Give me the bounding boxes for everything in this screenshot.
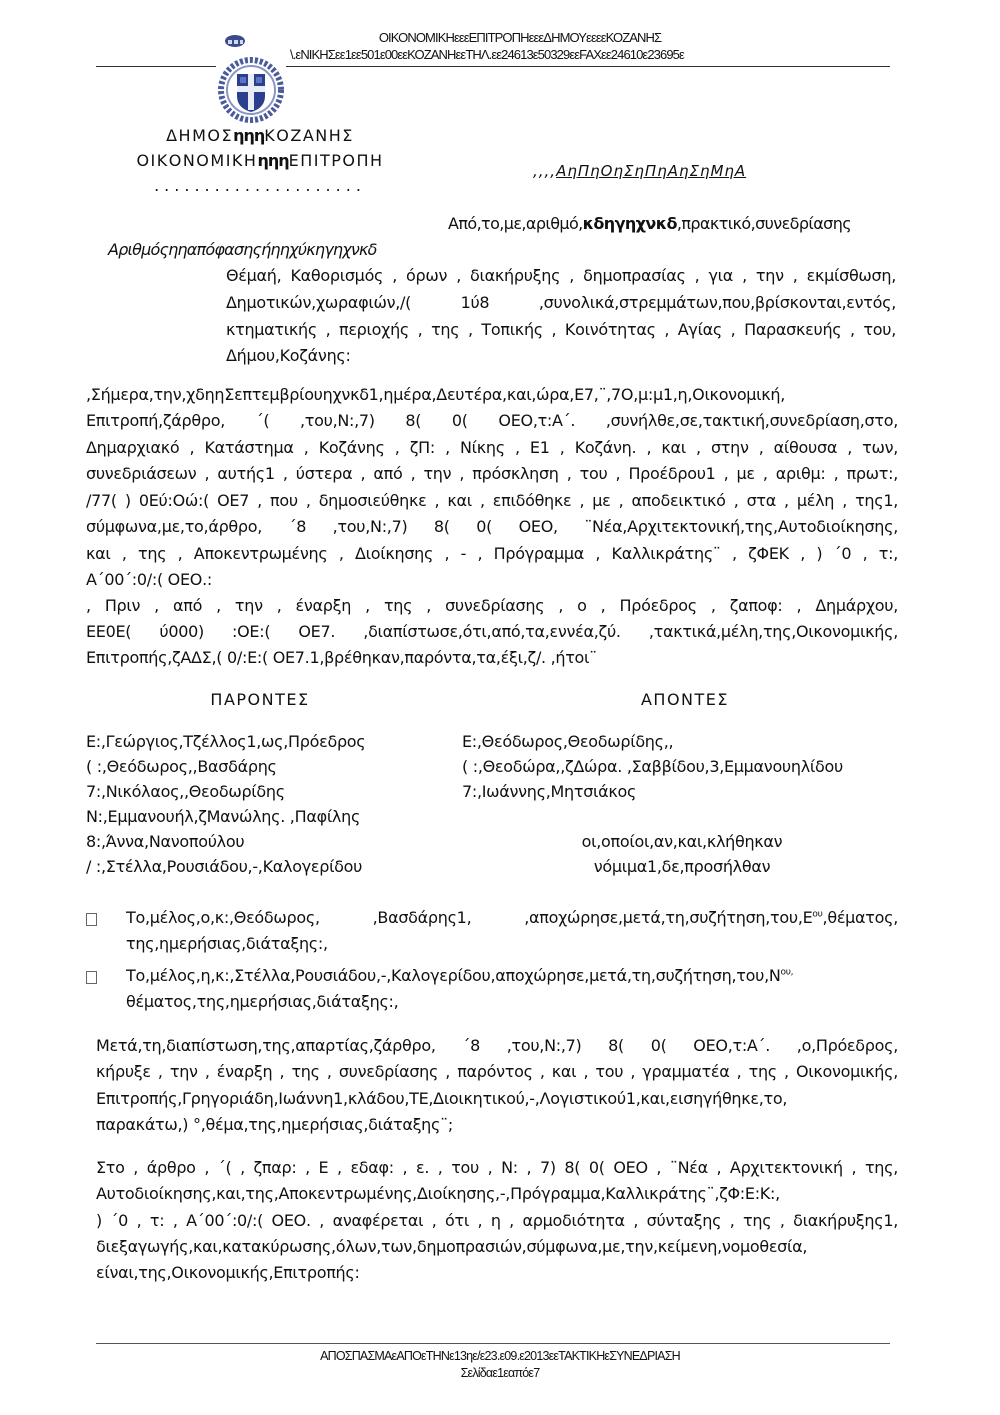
present-member: / :,Στέλλα,Ρουσιάδου,-,Καλογερίδου [86, 857, 362, 876]
paragraph-line: Στο , άρθρο , ´( , ζπαρ: , Ε , εδαφ: , ε… [96, 1158, 898, 1177]
absent-note: οι,οποίοι,αν,και,κλήθηκαν [462, 832, 902, 851]
note-line: της,ημερήσιας,διάταξης:, [126, 934, 328, 953]
committee-name: ΟΙΚΟΝΟΜΙΚΗηηηΕΠΙΤΡΟΠΗ [100, 151, 420, 170]
header-line-1: ΟΙΚΟΝΟΜΙΚΗεεεΕΠΙΤΡΟΠΗεεεΔΗΜΟΥεεεεΚΟΖΑΝΗΣ [290, 30, 750, 45]
note-line: Το,μέλος,η,κ:,Στέλλα,Ρουσιάδου,-,Καλογερ… [126, 966, 793, 985]
paragraph-line: συνεδριάσεων , αυτής1 , ύστερα , από , τ… [86, 464, 898, 483]
present-member: Ν:,Εμμανουήλ,ζΜανώλης. ,Παφίλης [86, 807, 360, 826]
greek-coat-of-arms-icon [216, 30, 286, 125]
header-line-2: \.εΝΙΚΗΣεε1εε501ε00εεΚΟΖΑΝΗεεΤΗΛ.εε24613… [290, 47, 684, 62]
bullet-box-icon [86, 971, 97, 984]
absent-heading: ΑΠΟΝΤΕΣ [585, 690, 785, 709]
paragraph-line: Αυτοδιοίκησης,και,της,Αποκεντρωμένης,Διο… [96, 1184, 898, 1203]
header-rule-right [286, 66, 890, 67]
subject-line: κτηματικής , περιοχής , της , Τοπικής , … [226, 320, 896, 339]
present-heading: ΠΑΡΟΝΤΕΣ [160, 690, 360, 709]
paragraph-line: ΕΕ0Ε( ύ000) :ΟΕ:( ΟΕ7. ,διαπίστωσε,ότι,α… [86, 622, 898, 641]
municipality-name: ΔΗΜΟΣηηηΚΟΖΑΝΗΣ [100, 126, 420, 145]
subject-line: Θέμαή, Καθορισμός , όρων , διακήρυξης , … [226, 266, 896, 285]
footer-rule [96, 1343, 890, 1344]
present-member: ( :,Θεόδωρος,,Βασδάρης [86, 757, 277, 776]
dotted-line: ..................... [100, 176, 420, 195]
paragraph-line: ,Σήμερα,την,χδηηΣεπτεμβρίουηχνκδ1,ημέρα,… [86, 385, 898, 404]
header-rule-left [96, 66, 216, 67]
absent-member: 7:,Ιωάννης,Μητσιάκος [462, 782, 636, 801]
subject-line: Δημοτικών,χωραφιών,/( 1ύ8 ,συνολικά,στρε… [226, 293, 896, 312]
paragraph-line: και , της , Αποκεντρωμένης , Διοίκησης ,… [86, 544, 898, 563]
bullet-box-icon [86, 913, 97, 926]
paragraph-line: διεξαγωγής,και,κατακύρωσης,όλων,των,δημο… [96, 1237, 898, 1256]
note-line: Το,μέλος,ο,κ:,Θεόδωρος, ,Βασδάρης1, ,απο… [126, 908, 898, 927]
present-member: Ε:,Γεώργιος,Τζέλλος1,ως,Πρόεδρος [86, 732, 365, 751]
subject-line: Δήμου,Κοζάνης: [226, 346, 351, 365]
absent-member: ( :,Θεοδώρα,,ζΔώρα. ,Σαββίδου,3,Εμμανουη… [462, 757, 843, 776]
document-title: ,,,,ΑηΠηΟηΣηΠηΑηΣηΜηΑ [533, 162, 746, 180]
paragraph-line: Επιτροπή,ζάρθρο, ´( ,του,Ν:,7) 8( 0( ΟΕΟ… [86, 411, 898, 430]
paragraph-line: Επιτροπής,Γρηγοριάδη,Ιωάννη1,κλάδου,ΤΕ,Δ… [96, 1089, 898, 1108]
decision-number: Αριθμόςηηαπόφασηςήηηχύκηγηχνκδ [108, 240, 377, 259]
present-member: 7:,Νικόλαος,,Θεοδωρίδης [86, 782, 285, 801]
absent-member: Ε:,Θεόδωρος,Θεοδωρίδης,, [462, 732, 673, 751]
paragraph-line: /77( ) 0Εύ:Οώ:( ΟΕ7 , που , δημοσιεύθηκε… [86, 491, 898, 510]
paragraph-line: , Πριν , από , την , έναρξη , της , συνε… [86, 596, 898, 615]
absent-note: νόμιμα1,δε,προσήλθαν [462, 857, 902, 876]
minutes-reference: Από,το,με,αριθμό,κδηγηχνκδ,πρακτικό,συνε… [448, 214, 851, 233]
note-line: θέματος,της,ημερήσιας,διάταξης:, [126, 992, 398, 1011]
paragraph-line: παρακάτω,) °,θέμα,της,ημερήσιας,διάταξης… [96, 1115, 453, 1134]
paragraph-line: Μετά,τη,διαπίστωση,της,απαρτίας,ζάρθρο, … [96, 1036, 898, 1055]
paragraph-line: σύμφωνα,με,το,άρθρο, ´8 ,του,Ν:,7) 8( 0(… [86, 517, 898, 536]
paragraph-line: Επιτροπής,ζΑΔΣ,( 0/:Ε:( ΟΕ7.1,βρέθηκαν,π… [86, 648, 597, 667]
paragraph-line: Δημαρχιακό , Κατάστημα , Κοζάνης , ζΠ: ,… [86, 438, 898, 457]
footer-page-number: Σελίδαε1εαπόε7 [0, 1366, 1000, 1380]
paragraph-line: είναι,της,Οικονομικής,Επιτροπής: [96, 1263, 360, 1282]
present-member: 8:,Άννα,Νανοπούλου [86, 832, 244, 851]
footer-excerpt-info: ΑΠΟΣΠΑΣΜΑεΑΠΟεΤΗΝε13ηε/ε23.ε09.ε2013εεΤΑ… [0, 1349, 1000, 1363]
paragraph-line: Α´00´:0/:( ΟΕΟ.: [86, 570, 212, 589]
paragraph-line: κήρυξε , την , έναρξη , της , συνεδρίαση… [96, 1062, 898, 1081]
paragraph-line: ) ´0 , τ: , Α´00´:0/:( ΟΕΟ. , αναφέρεται… [96, 1211, 898, 1230]
